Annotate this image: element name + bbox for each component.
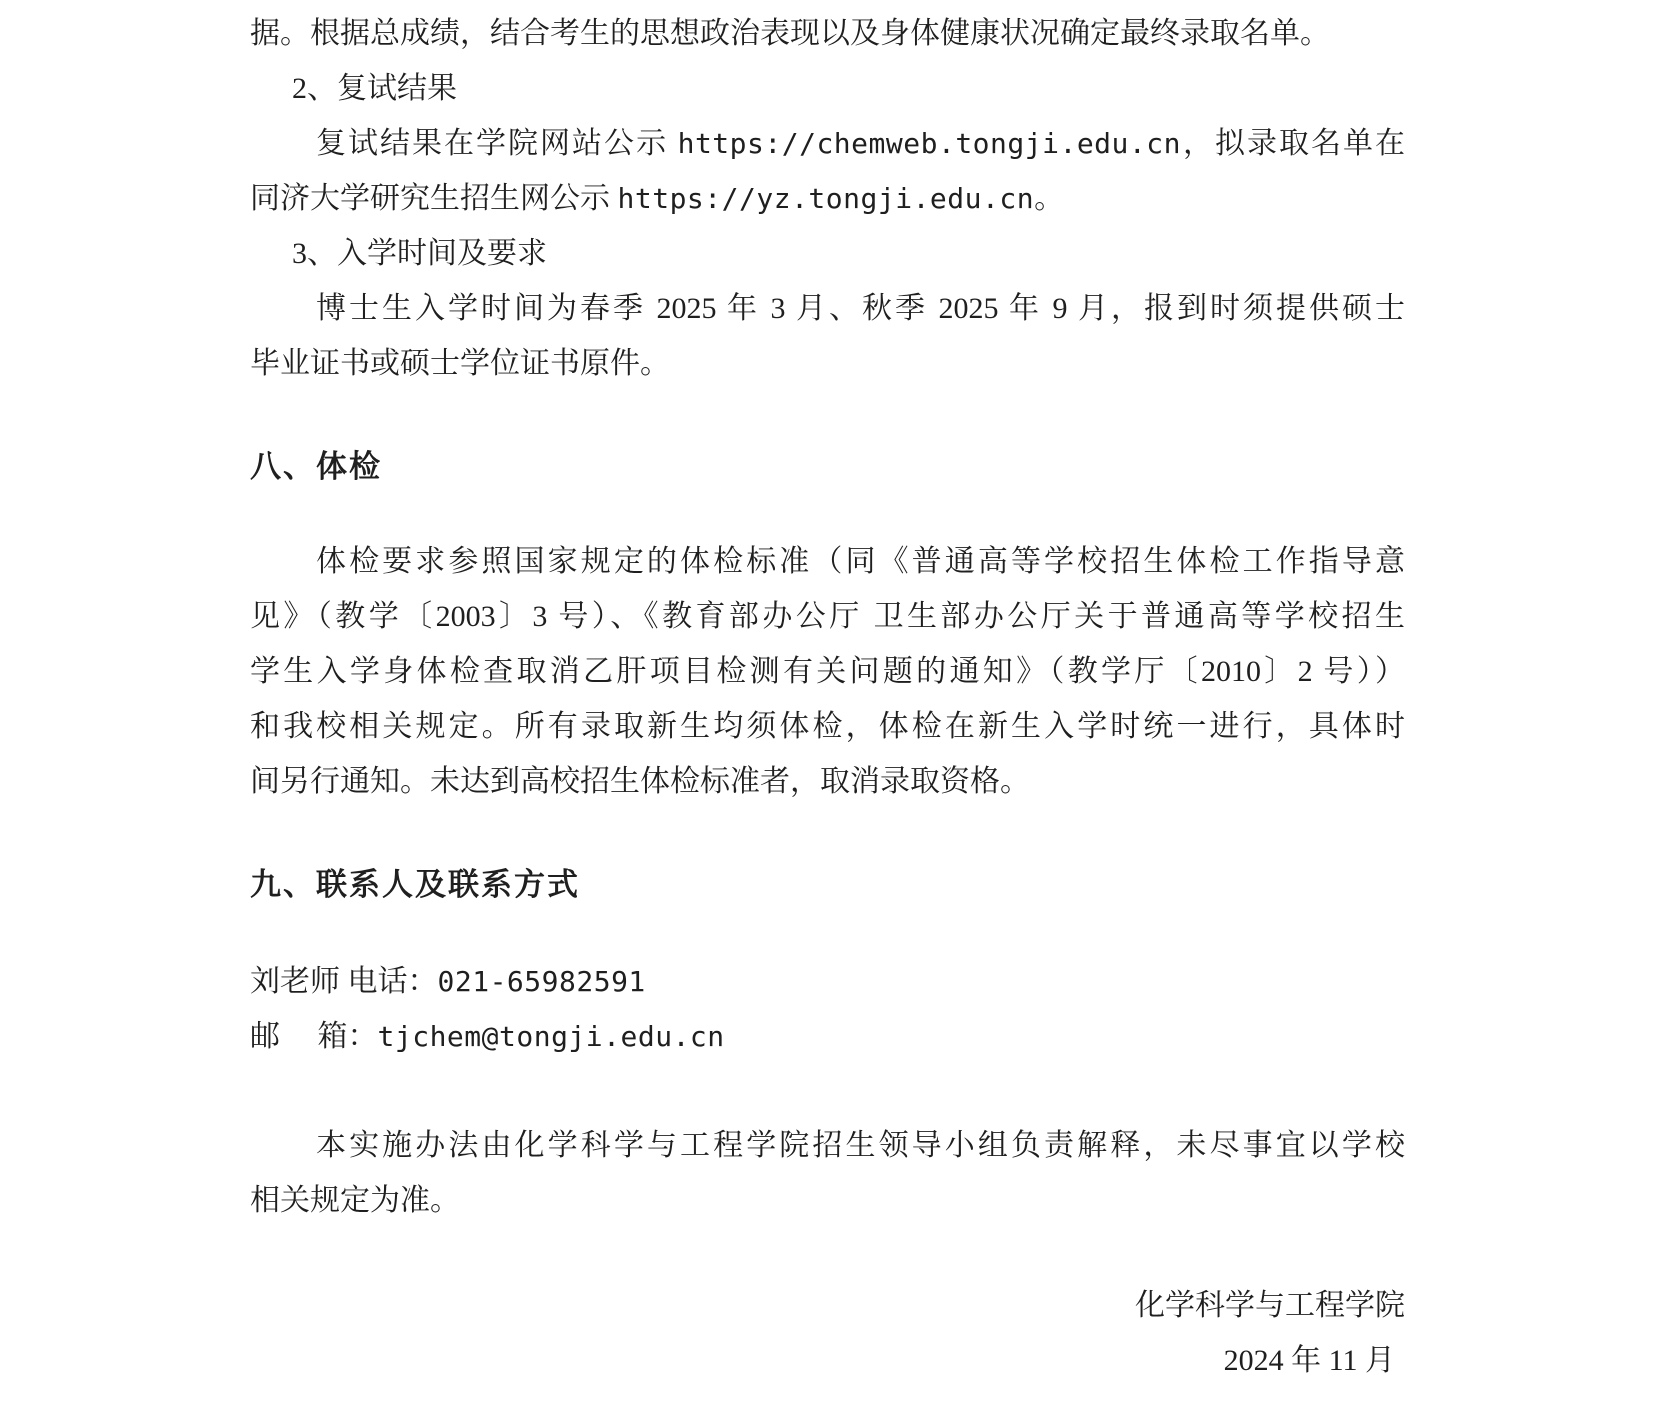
signature-block: 化学科学与工程学院 2024 年 11 月	[250, 1278, 1405, 1388]
college-website-url: https://chemweb.tongji.edu.cn	[678, 127, 1181, 160]
list-item-2-retest-result: 2、复试结果	[250, 61, 1405, 116]
signature-date: 2024 年 11 月	[250, 1333, 1405, 1388]
section-8-physical-exam-heading: 八、体检	[250, 439, 1405, 494]
contact-email-address: tjchem@tongji.edu.cn	[378, 1020, 725, 1053]
admission-paragraph-last-line: 据。根据总成绩，结合考生的思想政治表现以及身体健康状况确定最终录取名单。	[250, 6, 1405, 61]
enrollment-line-2: 毕业证书或硕士学位证书原件。	[250, 336, 1405, 391]
retest-line1-text-end: ，拟录取名单在	[1181, 127, 1405, 160]
graduate-admissions-url: https://yz.tongji.edu.cn	[618, 182, 1035, 215]
retest-line2-text-end: 。	[1034, 182, 1064, 215]
retest-result-line-1: 复试结果在学院网站公示 https://chemweb.tongji.edu.c…	[250, 116, 1405, 171]
physical-exam-paragraph: 体检要求参照国家规定的体检标准（同《普通高等学校招生体检工作指导意 见》（教学〔…	[250, 534, 1405, 809]
retest-result-line-2: 同济大学研究生招生网公示 https://yz.tongji.edu.cn。	[250, 171, 1405, 226]
enrollment-line-1: 博士生入学时间为春季 2025 年 3 月、秋季 2025 年 9 月，报到时须…	[250, 281, 1405, 336]
physical-exam-line-3: 学生入学身体检查取消乙肝项目检测有关问题的通知》（教学厅〔2010〕2 号））	[250, 644, 1405, 699]
retest-line1-text: 复试结果在学院网站公示	[316, 127, 678, 160]
physical-exam-line-2: 见》（教学〔2003〕3 号）、《教育部办公厅 卫生部办公厅关于普通高等学校招生	[250, 589, 1405, 644]
physical-exam-line-1: 体检要求参照国家规定的体检标准（同《普通高等学校招生体检工作指导意	[250, 534, 1405, 589]
contact-email-label: 邮 箱：	[250, 1020, 378, 1053]
closing-line-1: 本实施办法由化学科学与工程学院招生领导小组负责解释，未尽事宜以学校	[250, 1118, 1405, 1173]
signature-college-name: 化学科学与工程学院	[250, 1278, 1405, 1333]
contact-phone-number: 021-65982591	[438, 965, 646, 998]
physical-exam-line-4: 和我校相关规定。所有录取新生均须体检，体检在新生入学时统一进行，具体时	[250, 699, 1405, 754]
contact-phone-line: 刘老师 电话：021-65982591	[250, 954, 1405, 1009]
physical-exam-line-5: 间另行通知。未达到高校招生体检标准者，取消录取资格。	[250, 754, 1405, 809]
retest-line2-text: 同济大学研究生招生网公示	[250, 182, 618, 215]
closing-line-2: 相关规定为准。	[250, 1173, 1405, 1228]
closing-paragraph: 本实施办法由化学科学与工程学院招生领导小组负责解释，未尽事宜以学校 相关规定为准…	[250, 1118, 1405, 1228]
contact-phone-label: 刘老师 电话：	[250, 965, 438, 998]
list-item-3-enrollment: 3、入学时间及要求	[250, 226, 1405, 281]
section-9-contacts-heading: 九、联系人及联系方式	[250, 857, 1405, 912]
contact-email-line: 邮 箱：tjchem@tongji.edu.cn	[250, 1009, 1405, 1064]
contact-info-block: 刘老师 电话：021-65982591 邮 箱：tjchem@tongji.ed…	[250, 954, 1405, 1064]
document-page: 据。根据总成绩，结合考生的思想政治表现以及身体健康状况确定最终录取名单。 2、复…	[0, 0, 1654, 1421]
